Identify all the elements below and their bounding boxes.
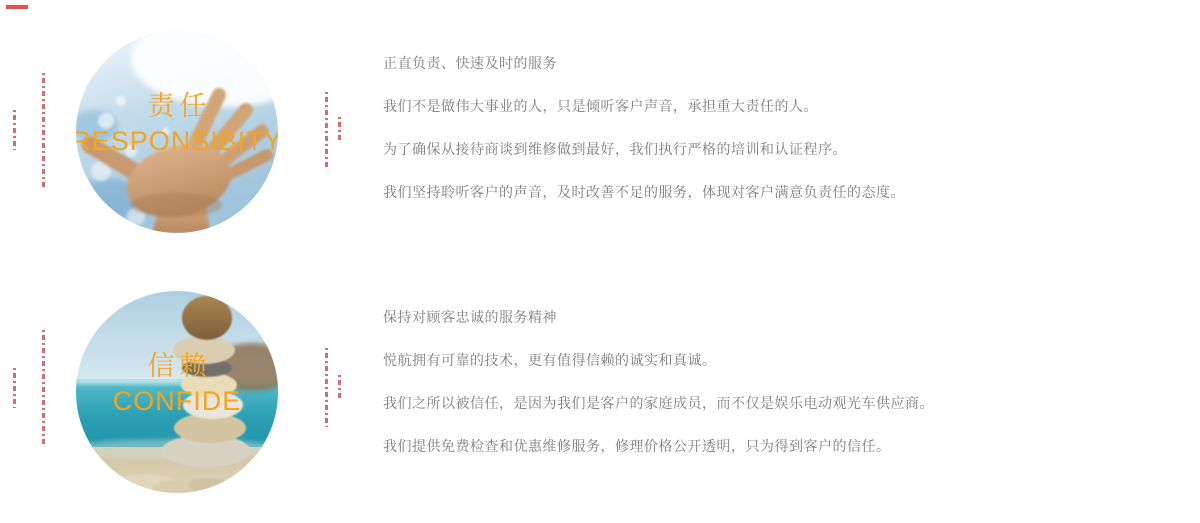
dashed-line-decoration [13, 110, 16, 150]
dashed-line-decoration [13, 368, 16, 408]
company-values-page: 责任 RESPONSIBITY 正直负责、快速及时的服务 我们不是做伟大事业的人… [0, 0, 1200, 523]
dashed-line-decoration [42, 73, 45, 187]
confide-text-block: 保持对顾客忠诚的服务精神 悦航拥有可靠的技术，更有值得信赖的诚实和真诚。 我们之… [383, 309, 983, 481]
dashed-line-decoration [338, 375, 341, 400]
dashed-line-decoration [325, 92, 328, 168]
section-paragraph: 我们不是做伟大事业的人，只是倾听客户声音，承担重大责任的人。 [383, 98, 983, 114]
section-responsibility: 责任 RESPONSIBITY 正直负责、快速及时的服务 我们不是做伟大事业的人… [0, 0, 1200, 523]
section-heading: 正直负责、快速及时的服务 [383, 55, 983, 71]
pebble-stack-illustration [76, 291, 278, 493]
responsibility-text-block: 正直负责、快速及时的服务 我们不是做伟大事业的人，只是倾听客户声音，承担重大责任… [383, 55, 983, 227]
section-paragraph: 悦航拥有可靠的技术，更有值得信赖的诚实和真诚。 [383, 352, 983, 368]
responsibility-photo: 责任 RESPONSIBITY [76, 31, 278, 233]
corner-dash-decoration [6, 5, 28, 9]
confide-photo: 信赖 CONFIDE [76, 291, 278, 493]
dashed-line-decoration [325, 348, 328, 427]
dashed-line-decoration [42, 330, 45, 445]
circle-title-cn: 责任 [76, 93, 278, 120]
circle-title-en: RESPONSIBITY [76, 128, 278, 155]
circle-title-cn: 信赖 [76, 353, 278, 380]
hand-water-illustration [76, 31, 278, 233]
section-paragraph: 我们坚持聆听客户的声音，及时改善不足的服务，体现对客户满意负责任的态度。 [383, 184, 983, 200]
section-paragraph: 我们提供免费检查和优惠维修服务，修理价格公开透明，只为得到客户的信任。 [383, 438, 983, 454]
circle-title-en: CONFIDE [76, 388, 278, 415]
dashed-line-decoration [338, 117, 341, 142]
section-confide: 信赖 CONFIDE 保持对顾客忠诚的服务精神 悦航拥有可靠的技术，更有值得信赖… [0, 0, 1200, 523]
section-paragraph: 我们之所以被信任，是因为我们是客户的家庭成员，而不仅是娱乐电动观光车供应商。 [383, 395, 983, 411]
section-heading: 保持对顾客忠诚的服务精神 [383, 309, 983, 325]
section-paragraph: 为了确保从接待商谈到维修做到最好，我们执行严格的培训和认证程序。 [383, 141, 983, 157]
